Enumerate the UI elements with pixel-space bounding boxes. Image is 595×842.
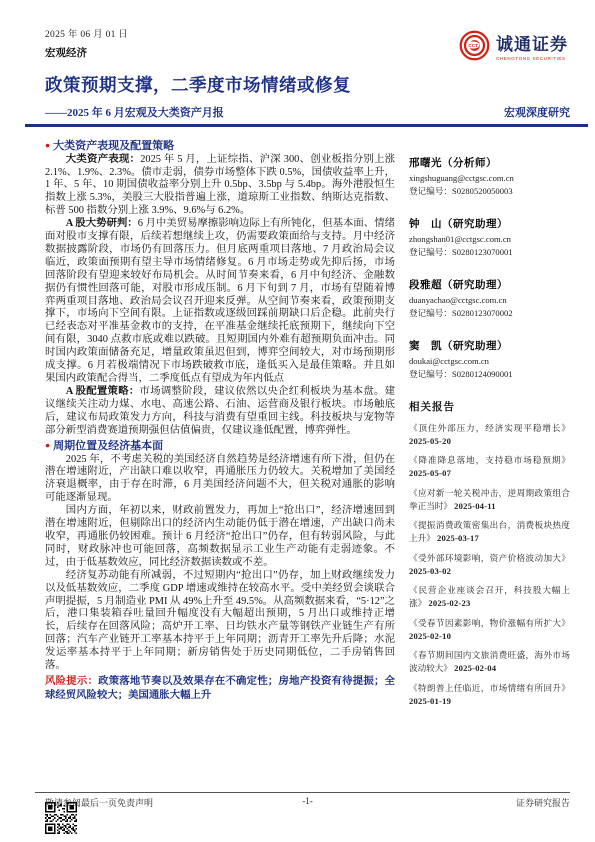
report-item-title: 《受外部环境影响，资产价格波动加大》 [409,553,570,563]
paragraph-recovery-momentum: 经济复苏动能有所减弱，不过短期内“抢出口”仍存，加上财政继续发力以及低基数效应，… [45,570,395,673]
reg-label: 登记编号： [409,186,452,196]
report-item-title: 《特朗普上任临近，市场情绪有所回升》 [409,683,570,693]
analyst-reg-no: 登记编号：S0280123070002 [409,307,570,319]
report-item-date: 2025-04-11 [454,501,496,511]
report-item-title: 《受春节因素影响，物价涨幅有所扩大》 [409,618,570,628]
related-report-item: 《提振消费政策密集出台，消费板块热度上升》 2025-03-17 [409,519,570,545]
related-report-item: 《春节期间国内文旅消费旺盛，海外市场波动较大》 2025-02-04 [409,649,570,675]
header: 2025 年 06 月 01 日 宏观经济 CCT 诚通证券 CHENGTONG… [45,26,570,61]
report-type-label: 宏观深度研究 [504,104,570,120]
report-page: 2025 年 06 月 01 日 宏观经济 CCT 诚通证券 CHENGTONG… [0,0,595,842]
risk-notice: 风险提示：政策落地节奏以及效果存在不确定性；房地产投资有待提振；全球经贸风险较大… [45,675,395,702]
reg-label: 登记编号： [409,247,452,257]
logo-name-en: CHENGTONG SECURITIES [496,56,568,61]
related-reports-heading: 相关报告 [409,399,570,414]
report-item-date: 2025-05-20 [409,436,451,446]
body-columns: ●大类资产表现及配置策略 大类资产表现：2025 年 5 月，上证综指、沪深 3… [45,138,570,715]
report-item-title: 《提振消费政策密集出台，消费板块热度上升》 [409,520,570,543]
analyst-name: 窦 凯（研究助理） [409,338,570,353]
footer-disclaimer: 敬请参阅最后一页免责声明 [45,796,153,809]
analyst-name: 钟 山（研究助理） [409,216,570,231]
paragraph-asset-performance: 大类资产表现：2025 年 5 月，上证综指、沪深 300、创业板指分别上涨 2… [45,154,395,219]
section-heading-text: 大类资产表现及配置策略 [53,140,174,152]
analyst-email: doukai@cctgsc.com.cn [409,356,570,366]
analyst-name: 邢曙光（分析师） [409,155,570,170]
footer: -1- 敬请参阅最后一页免责声明 证券研究报告 [45,796,570,809]
logo-name-cn: 诚通证券 [496,30,568,55]
company-logo: CCT 诚通证券 CHENGTONG SECURITIES [459,30,568,61]
risk-text: 政策落地节奏以及效果存在不确定性；房地产投资有待提振；全球经贸风险较大；美国通胀… [45,676,395,701]
analyst-card: 窦 凯（研究助理） doukai@cctgsc.com.cn 登记编号：S028… [409,338,570,380]
cct-logo-text: CCT [468,43,478,48]
related-report-item: 《顶住外部压力，经济实现平稳增长》 2025-05-20 [409,422,570,448]
paragraph-domestic-economy: 国内方面，年初以来，财政前置发力，再加上“抢出口”，经济增速回到潜在增速附近，但… [45,505,395,570]
analyst-email: xingshuguang@cctgsc.com.cn [409,173,570,183]
subtitle-row: ——2025 年 6 月宏观及大类资产月报 宏观深度研究 [45,104,570,120]
reg-number: S0280123070002 [452,308,513,318]
analyst-email: duanyachao@cctgsc.com.cn [409,295,570,305]
related-report-item: 《特朗普上任临近，市场情绪有所回升》 2025-01-19 [409,682,570,708]
footer-report-type: 证券研究报告 [516,796,570,809]
reg-label: 登记编号： [409,308,452,318]
analyst-card: 邢曙光（分析师） xingshuguang@cctgsc.com.cn 登记编号… [409,155,570,197]
paragraph-a-share-outlook: A 股大势研判：6 月中美贸易摩擦影响边际上有所钝化，但基本面、情绪面对股市支撑… [45,218,395,386]
main-column: ●大类资产表现及配置策略 大类资产表现：2025 年 5 月，上证综指、沪深 3… [45,138,395,715]
header-rule [25,124,588,127]
reg-label: 登记编号： [409,369,452,379]
paragraph-lead: A 股大势研判： [66,218,138,229]
analyst-reg-no: 登记编号：S0280520050003 [409,185,570,197]
report-item-date: 2025-05-07 [409,468,451,478]
related-report-item: 《民营企业座谈会召开，科技股大幅上涨》 2025-02-23 [409,584,570,610]
section-heading-asset-strategy: ●大类资产表现及配置策略 [45,138,395,154]
section-heading-cycle-fundamentals: ●周期位置及经济基本面 [45,438,395,454]
logo-wordmark: 诚通证券 CHENGTONG SECURITIES [496,30,568,61]
analyst-card: 钟 山（研究助理） zhongshan01@cctgsc.com.cn 登记编号… [409,216,570,258]
report-category: 宏观经济 [45,45,128,60]
report-date: 2025 年 06 月 01 日 [45,26,128,40]
report-subtitle: ——2025 年 6 月宏观及大类资产月报 [45,104,224,120]
sidebar-column: 邢曙光（分析师） xingshuguang@cctgsc.com.cn 登记编号… [409,138,570,715]
report-title: 政策预期支撑，二季度市场情绪或修复 [45,72,570,97]
related-report-item: 《应对新一轮关税冲击，逆周期政策组合拳正当时》 2025-04-11 [409,487,570,513]
analyst-name: 段雅超（研究助理） [409,277,570,292]
reg-number: S0280520050003 [452,186,513,196]
cct-globe-icon: CCT [459,30,490,61]
analyst-card: 段雅超（研究助理） duanyachao@cctgsc.com.cn 登记编号：… [409,277,570,319]
report-item-date: 2025-02-23 [428,598,470,608]
related-report-item: 《受春节因素影响，物价涨幅有所扩大》 2025-02-10 [409,617,570,643]
bullet-icon: ● [45,140,50,150]
related-report-item: 《受外部环境影响，资产价格波动加大》 2025-03-02 [409,552,570,578]
related-report-item: 《降准降息落地，支持稳市场稳预期》 2025-05-07 [409,454,570,480]
report-item-date: 2025-03-17 [437,533,479,543]
report-item-date: 2025-01-19 [409,696,451,706]
paragraph-us-economy: 2025 年，不考虑关税的美国经济自然趋势是经济增速有所下滑，但仍在潜在增速附近… [45,454,395,506]
report-item-date: 2025-03-02 [409,566,451,576]
paragraph-lead: A 股配置策略： [66,386,140,397]
reg-number: S0280124090001 [452,369,513,379]
risk-lead-label: 风险提示： [45,676,98,687]
paragraph-text: 6 月中美贸易摩擦影响边际上有所钝化，但基本面、情绪面对股市支撑有限，后续若想继… [45,218,395,384]
footer-rule [35,792,570,793]
analyst-reg-no: 登记编号：S0280124090001 [409,368,570,380]
header-left: 2025 年 06 月 01 日 宏观经济 [45,26,128,60]
analyst-reg-no: 登记编号：S0280123070001 [409,246,570,258]
reg-number: S0280123070001 [452,247,513,257]
paragraph-a-share-allocation: A 股配置策略：市场调整阶段，建议依然以央企红利板块为基本盘。建议继续关注动力煤… [45,386,395,438]
section-heading-text: 周期位置及经济基本面 [53,440,163,452]
report-item-title: 《降准降息落地，支持稳市场稳预期》 [409,455,570,465]
analyst-email: zhongshan01@cctgsc.com.cn [409,234,570,244]
report-item-title: 《顶住外部压力，经济实现平稳增长》 [409,423,570,433]
bullet-icon: ● [45,440,50,450]
report-item-date: 2025-02-04 [454,663,496,673]
paragraph-lead: 大类资产表现： [66,154,140,165]
report-item-date: 2025-02-10 [409,631,451,641]
